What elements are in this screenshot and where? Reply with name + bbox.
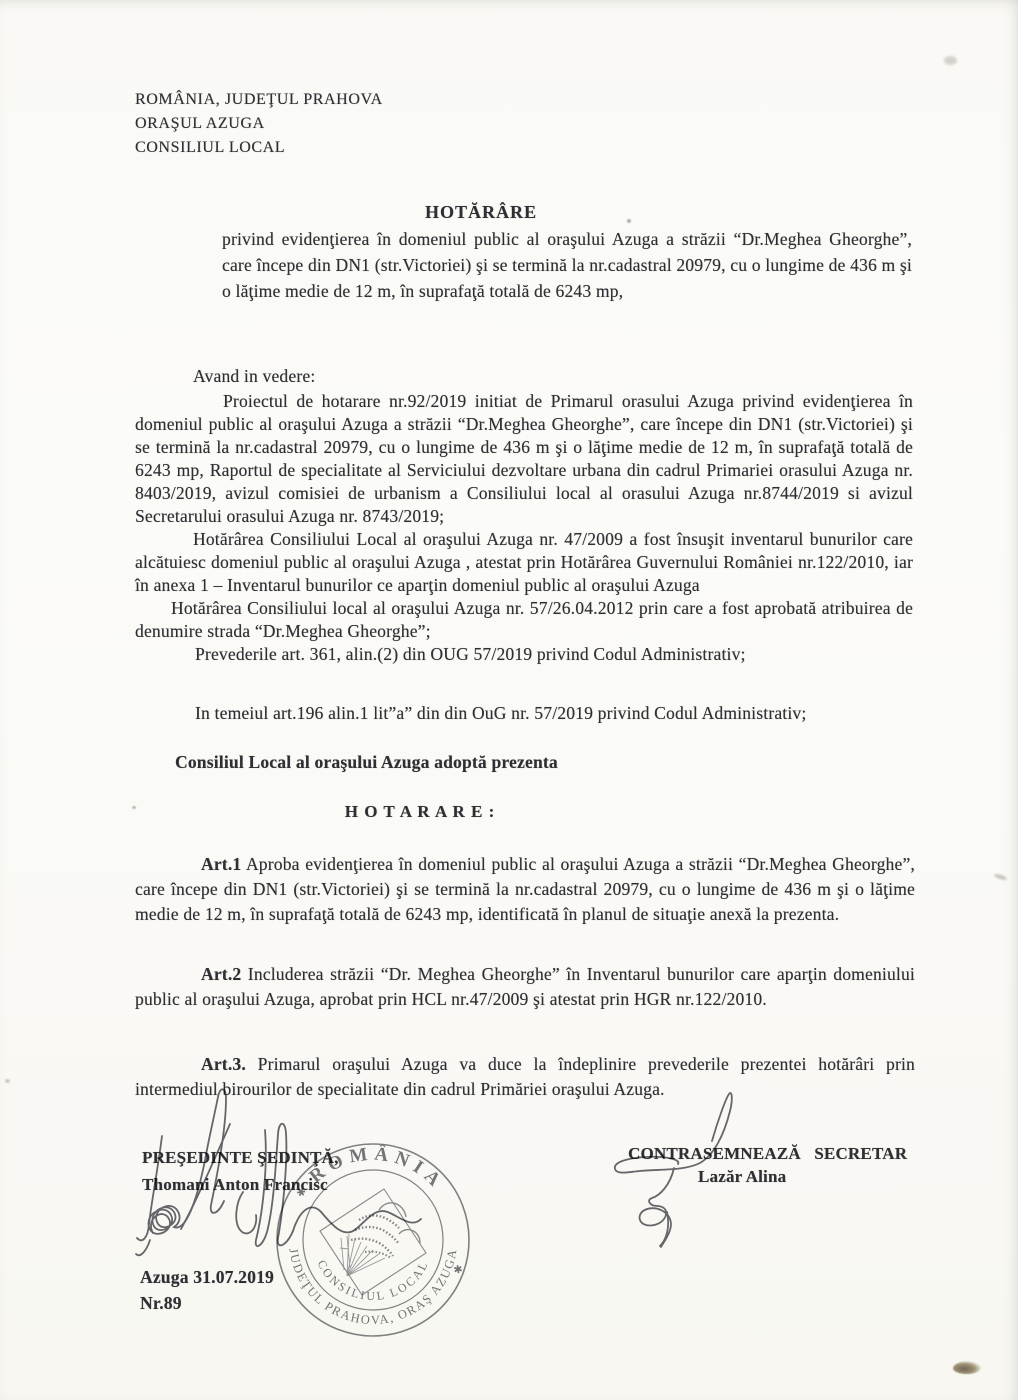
scanned-document-page: ROMÂNIA, JUDEŢUL PRAHOVA ORAŞUL AZUGA CO… [0,0,1018,1400]
president-signature-icon [136,1089,421,1255]
secretary-signature-icon [615,1093,732,1247]
handwritten-signatures-layer [0,0,1018,1400]
